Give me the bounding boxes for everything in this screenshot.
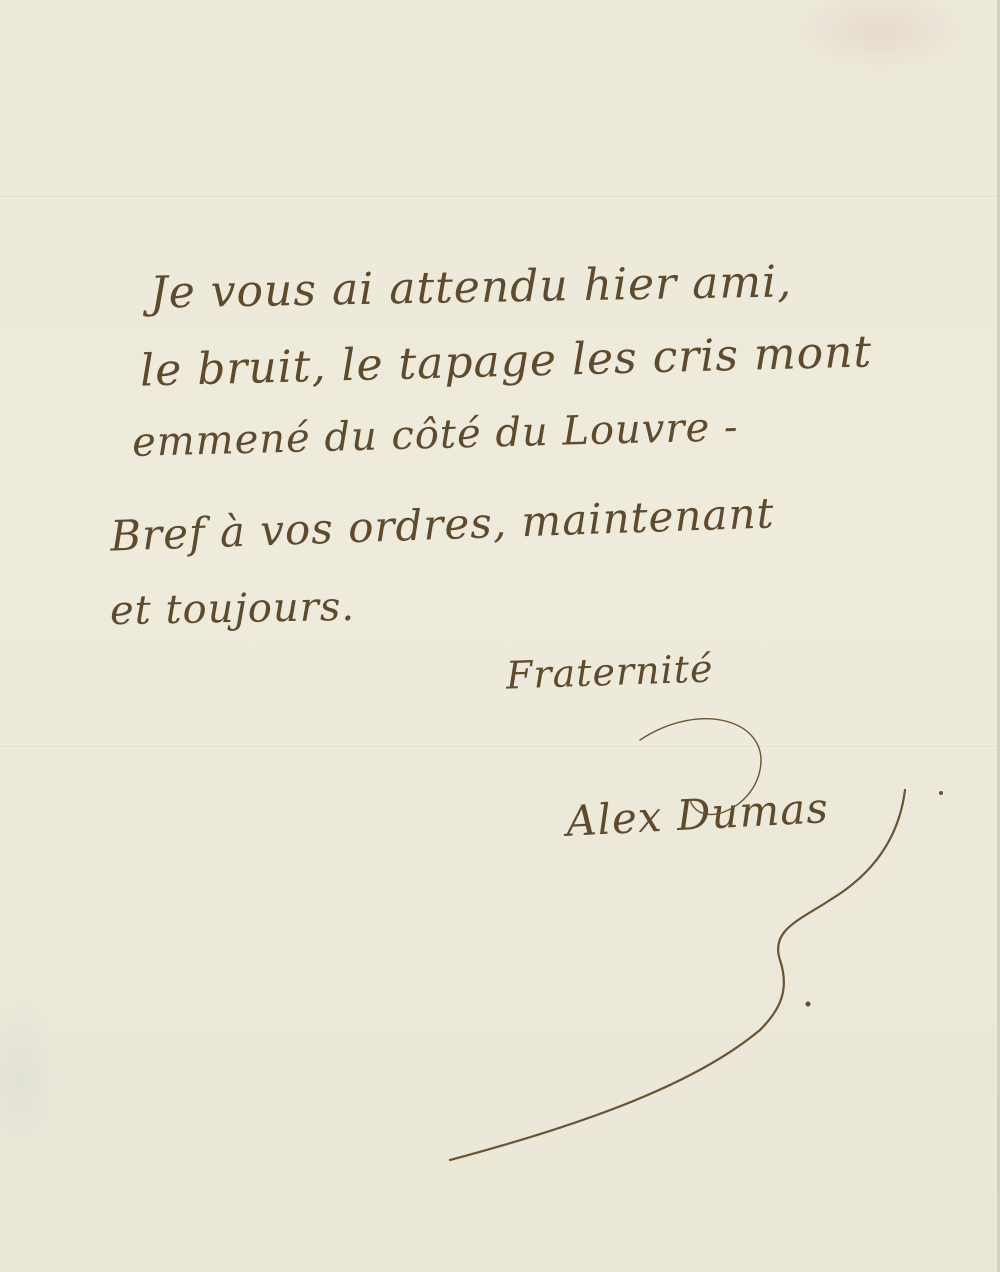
letter-closing: Fraternité bbox=[505, 646, 714, 697]
letter-line-3: emmené du côté du Louvre - bbox=[132, 404, 739, 466]
letter-line-5: et toujours. bbox=[110, 584, 356, 634]
letter-line-2: le bruit, le tapage les cris mont bbox=[139, 326, 872, 396]
signature-flourish-icon bbox=[0, 0, 1000, 1272]
letter-page: Je vous ai attendu hier ami, le bruit, l… bbox=[0, 0, 1000, 1272]
paper-fold-line bbox=[0, 746, 1000, 748]
letter-line-4: Bref à vos ordres, maintenant bbox=[109, 488, 775, 560]
letter-line-1: Je vous ai attendu hier ami, bbox=[150, 256, 793, 318]
paper-fold-line bbox=[0, 196, 1000, 198]
signature: Alex Dumas bbox=[565, 783, 830, 846]
